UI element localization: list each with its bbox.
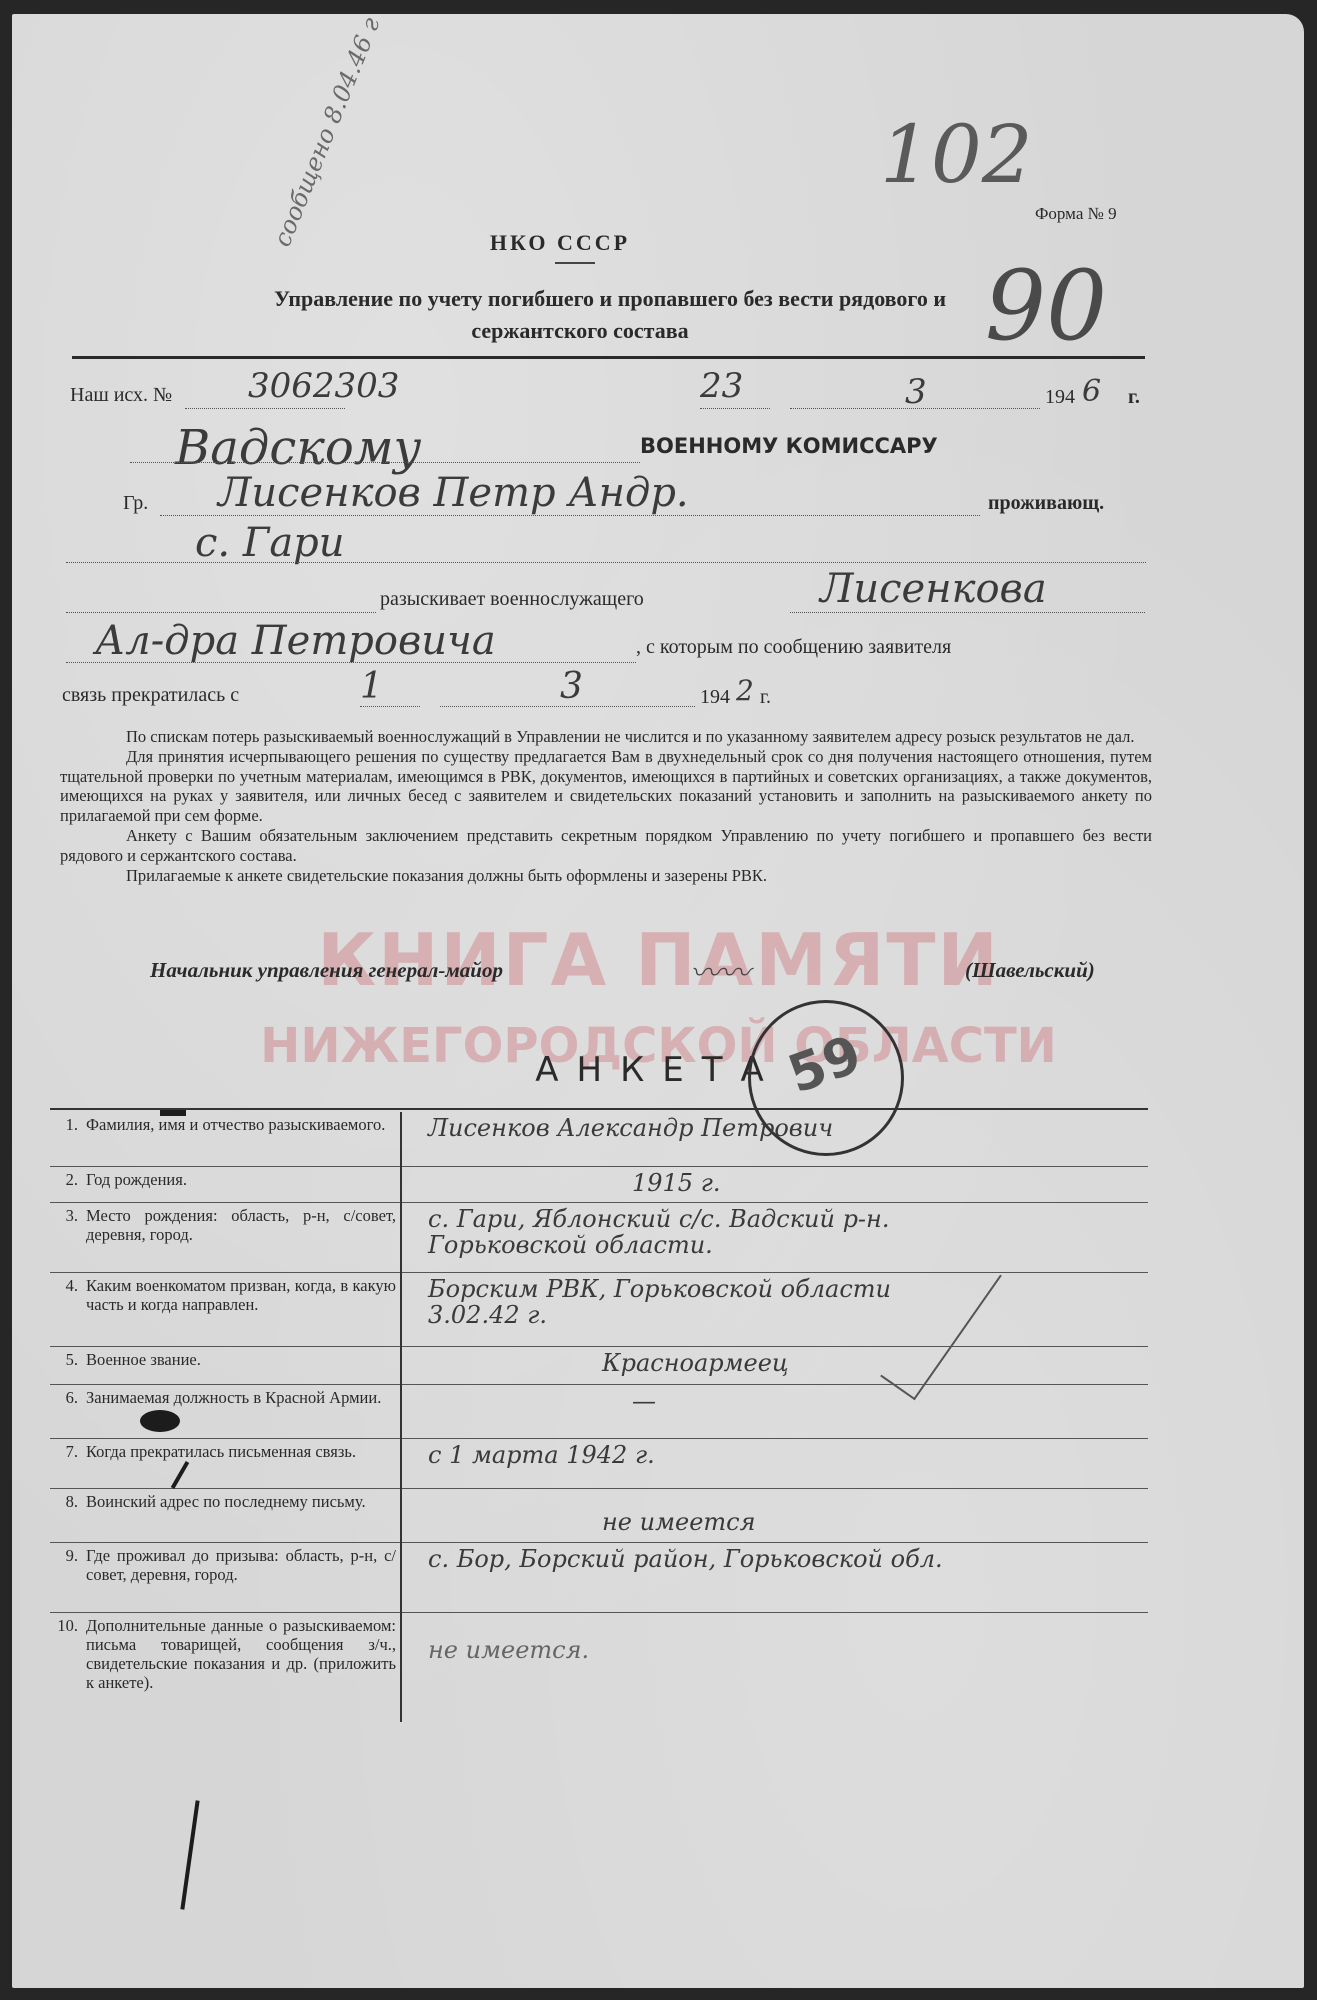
table-row: 9. Где проживал до призыва: область, р-н…	[50, 1542, 1148, 1612]
row-answer: —	[401, 1384, 1148, 1438]
row-question: Занимаемая должность в Красной Армии.	[82, 1384, 401, 1438]
outgoing-day: 23	[700, 366, 743, 406]
org-title: НКО СССР	[0, 230, 1120, 256]
row-question: Воинский адрес по последнему письму.	[82, 1488, 401, 1542]
header-rule	[72, 356, 1145, 359]
table-row: 7. Когда прекратилась письменная связь. …	[50, 1438, 1148, 1488]
lost-day: 1	[360, 666, 383, 707]
contact-lost-label: связь прекратилась с	[62, 684, 239, 707]
row-number: 9.	[50, 1542, 82, 1612]
table-row: 3. Место рождения: область, р-н, с/совет…	[50, 1202, 1148, 1272]
table-row: 1. Фамилия, имя и отчество разыскиваемог…	[50, 1112, 1148, 1166]
body-text: По спискам потерь разыскиваемый военносл…	[60, 727, 1152, 885]
row-number: 5.	[50, 1346, 82, 1384]
outgoing-number-value: 3062303	[248, 366, 399, 406]
applicant-name: Лисенков Петр Андр.	[218, 470, 689, 516]
signature-name: (Шавельский)	[965, 958, 1095, 983]
paper-tear	[140, 1410, 180, 1432]
body-paragraph-4: Прилагаемые к анкете свидетельские показ…	[60, 866, 1152, 886]
recipient-district: Вадскому	[175, 420, 421, 476]
row-question: Где проживал до призыва: область, р-н, с…	[82, 1542, 401, 1612]
outgoing-year-suffix: 6	[1082, 374, 1101, 409]
search-blank-line	[66, 612, 376, 613]
outgoing-year-unit: г.	[1128, 386, 1140, 409]
table-row: 2. Год рождения. 1915 г.	[50, 1166, 1148, 1202]
form-number: Форма № 9	[1035, 204, 1117, 224]
table-row: 6. Занимаемая должность в Красной Армии.…	[50, 1384, 1148, 1438]
signature-scribble: 〰〰	[690, 948, 750, 992]
applicant-prefix: Гр.	[123, 492, 148, 515]
row-question: Дополнительные данные о разыскиваемом: п…	[82, 1612, 401, 1722]
lost-month: 3	[560, 666, 583, 707]
row-answer: не имеется	[401, 1488, 1148, 1542]
handwritten-number-102: 102	[880, 108, 1033, 201]
outgoing-year-prefix: 194	[1045, 386, 1075, 409]
lost-year-unit: г.	[760, 686, 771, 709]
body-paragraph-2: Для принятия исчерпывающего решения по с…	[60, 747, 1152, 826]
recipient-title: ВОЕННОМУ КОМИССАРУ	[640, 434, 938, 458]
row-number: 2.	[50, 1166, 82, 1202]
body-paragraph-1: По спискам потерь разыскиваемый военносл…	[60, 727, 1152, 747]
date-day-line	[700, 408, 770, 409]
outgoing-number-line	[185, 408, 345, 409]
signature-title: Начальник управления генерал-майор	[150, 958, 503, 983]
row-answer: 1915 г.	[401, 1166, 1148, 1202]
row-question: Когда прекратилась письменная связь.	[82, 1438, 401, 1488]
row-number: 10.	[50, 1612, 82, 1722]
row-answer: Борским РВК, Горьковской области 3.02.42…	[401, 1272, 1148, 1346]
search-label: разыскивает военнослужащего	[380, 588, 644, 611]
table-row: 5. Военное звание. Красноармеец	[50, 1346, 1148, 1384]
row-answer: с. Гари, Яблонский с/с. Вадский р-н. Гор…	[401, 1202, 1148, 1272]
sought-name: Ал-дра Петровича	[95, 618, 496, 664]
outgoing-number-label: Наш исх. №	[70, 384, 172, 407]
applicant-address: с. Гари	[195, 520, 345, 566]
row-answer: Красноармеец	[401, 1346, 1148, 1384]
row-answer: Лисенков Александр Петрович	[401, 1112, 1148, 1166]
body-paragraph-3: Анкету с Вашим обязательным заключением …	[60, 826, 1152, 866]
contact-text: , с которым по сообщению заявителя	[636, 636, 951, 659]
row-number: 3.	[50, 1202, 82, 1272]
paper-tear	[160, 1110, 186, 1116]
questionnaire-table: 1. Фамилия, имя и отчество разыскиваемог…	[50, 1112, 1148, 1722]
row-number: 1.	[50, 1112, 82, 1166]
row-number: 4.	[50, 1272, 82, 1346]
table-row: 8. Воинский адрес по последнему письму. …	[50, 1488, 1148, 1542]
sought-surname: Лисенкова	[820, 566, 1047, 612]
row-question: Военное звание.	[82, 1346, 401, 1384]
row-question: Каким военкоматом призван, когда, в каку…	[82, 1272, 401, 1346]
row-answer: не имеется.	[401, 1612, 1148, 1722]
lost-year-prefix: 194	[700, 686, 730, 709]
recipient-line	[130, 462, 640, 463]
row-number: 8.	[50, 1488, 82, 1542]
title-divider	[555, 262, 595, 264]
questionnaire-top-rule	[50, 1108, 1148, 1110]
row-question: Фамилия, имя и отчество разыскиваемого.	[82, 1112, 401, 1166]
row-number: 6.	[50, 1384, 82, 1438]
search-surname-line	[790, 612, 1145, 613]
department-line-2: сержантского состава	[0, 318, 1160, 344]
address-line	[66, 562, 1146, 563]
row-question: Место рождения: область, р-н, с/совет, д…	[82, 1202, 401, 1272]
table-row: 10. Дополнительные данные о разыскиваемо…	[50, 1612, 1148, 1722]
row-answer: с. Бор, Борский район, Горьковской обл.	[401, 1542, 1148, 1612]
row-number: 7.	[50, 1438, 82, 1488]
living-label: проживающ.	[988, 492, 1104, 515]
lost-year-suffix: 2	[736, 674, 754, 707]
row-question: Год рождения.	[82, 1166, 401, 1202]
department-line-1: Управление по учету погибшего и пропавше…	[60, 286, 1160, 312]
questionnaire-title: АНКЕТА	[0, 1050, 1317, 1090]
row-answer: с 1 марта 1942 г.	[401, 1438, 1148, 1488]
outgoing-month: 3	[905, 372, 927, 412]
